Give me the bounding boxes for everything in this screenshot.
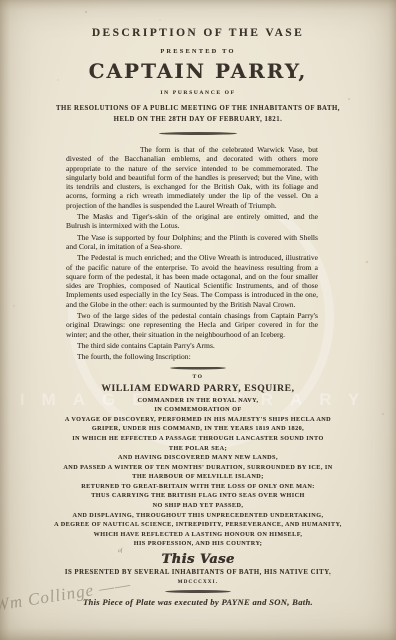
description-paragraph: Two of the large sides of the pedestal c… xyxy=(66,311,318,339)
inscription-line: THE POLAR SEA; xyxy=(30,444,366,454)
inscription-recipient-name: WILLIAM EDWARD PARRY, ESQUIRE, xyxy=(0,383,396,394)
description-paragraph: The form is that of the celebrated Warwi… xyxy=(66,145,318,210)
inscription-line: AND DISPLAYING, THROUGHOUT THIS UNPRECED… xyxy=(30,511,366,521)
description-paragraph: The Pedestal is much enriched; and the O… xyxy=(66,253,318,309)
inscription-line: COMMANDER IN THE ROYAL NAVY, xyxy=(30,396,366,406)
inscription-line: A DEGREE OF NAUTICAL SCIENCE, INTREPIDIT… xyxy=(30,520,366,530)
document-page: the IMAGE LIBRARY DESCRIPTION OF THE VAS… xyxy=(0,0,396,640)
this-vase-blackletter: This Vase xyxy=(0,552,396,567)
description-paragraph: The Vase is supported by four Dolphins; … xyxy=(66,233,318,252)
printed-content: DESCRIPTION OF THE VASE PRESENTED TO CAP… xyxy=(0,27,396,607)
description-paragraph: The fourth, the following Inscription: xyxy=(66,352,318,361)
inscription-line: AND PASSED A WINTER OF TEN MONTHS' DURAT… xyxy=(30,463,366,473)
swelled-rule-divider xyxy=(159,132,237,135)
description-paragraph: The Masks and Tiger's-skin of the origin… xyxy=(66,212,318,231)
inscription-section: TO WILLIAM EDWARD PARRY, ESQUIRE, COMMAN… xyxy=(0,374,396,550)
photographed-document: { "header": { "title": "DESCRIPTION OF T… xyxy=(0,0,396,640)
inscription-line: NO SHIP HAD YET PASSED, xyxy=(30,501,366,511)
swelled-rule-divider xyxy=(170,367,226,370)
presented-to-line: PRESENTED TO xyxy=(0,48,396,55)
inscription-line: THUS CARRYING THE BRITISH FLAG INTO SEAS… xyxy=(30,491,366,501)
inscription-line: IN COMMEMORATION OF xyxy=(30,405,366,415)
inscription-to: TO xyxy=(0,374,396,380)
inscription-line: AND HAVING DISCOVERED MANY NEW LANDS, xyxy=(30,453,366,463)
presented-by-line: IS PRESENTED BY SEVERAL INHABITANTS OF B… xyxy=(0,569,396,576)
recipient-name: CAPTAIN PARRY, xyxy=(0,59,396,83)
document-title: DESCRIPTION OF THE VASE xyxy=(0,27,396,39)
description-paragraphs: The form is that of the celebrated Warwi… xyxy=(0,145,396,362)
document-header: DESCRIPTION OF THE VASE PRESENTED TO CAP… xyxy=(0,27,396,123)
presentation-section: This Vase IS PRESENTED BY SEVERAL INHABI… xyxy=(0,552,396,585)
inscription-line: A VOYAGE OF DISCOVERY, PERFORMED IN HIS … xyxy=(30,415,366,425)
pursuance-line: IN PURSUANCE OF xyxy=(0,90,396,96)
handwritten-correction-mark: of xyxy=(118,548,123,555)
inscription-line: HIS PROFESSION, AND HIS COUNTRY; xyxy=(30,539,366,549)
description-paragraph: The third side contains Captain Parry's … xyxy=(66,341,318,350)
resolutions-line-1: THE RESOLUTIONS OF A PUBLIC MEETING OF T… xyxy=(0,105,396,112)
inscription-line: WHICH HAVE REFLECTED A LASTING HONOUR ON… xyxy=(30,530,366,540)
inscription-line: THE HARBOUR OF MELVILLE ISLAND; xyxy=(30,472,366,482)
swelled-rule-divider xyxy=(165,590,231,593)
inscription-line: IN WHICH HE EFFECTED A PASSAGE THROUGH L… xyxy=(30,434,366,444)
inscription-lines: COMMANDER IN THE ROYAL NAVY,IN COMMEMORA… xyxy=(0,396,396,550)
inscription-line: GRIPER, UNDER HIS COMMAND, IN THE YEARS … xyxy=(30,424,366,434)
inscription-line: RETURNED TO GREAT-BRITAIN WITH THE LOSS … xyxy=(30,482,366,492)
resolutions-line-2: HELD ON THE 28TH DAY OF FEBRUARY, 1821. xyxy=(0,116,396,123)
